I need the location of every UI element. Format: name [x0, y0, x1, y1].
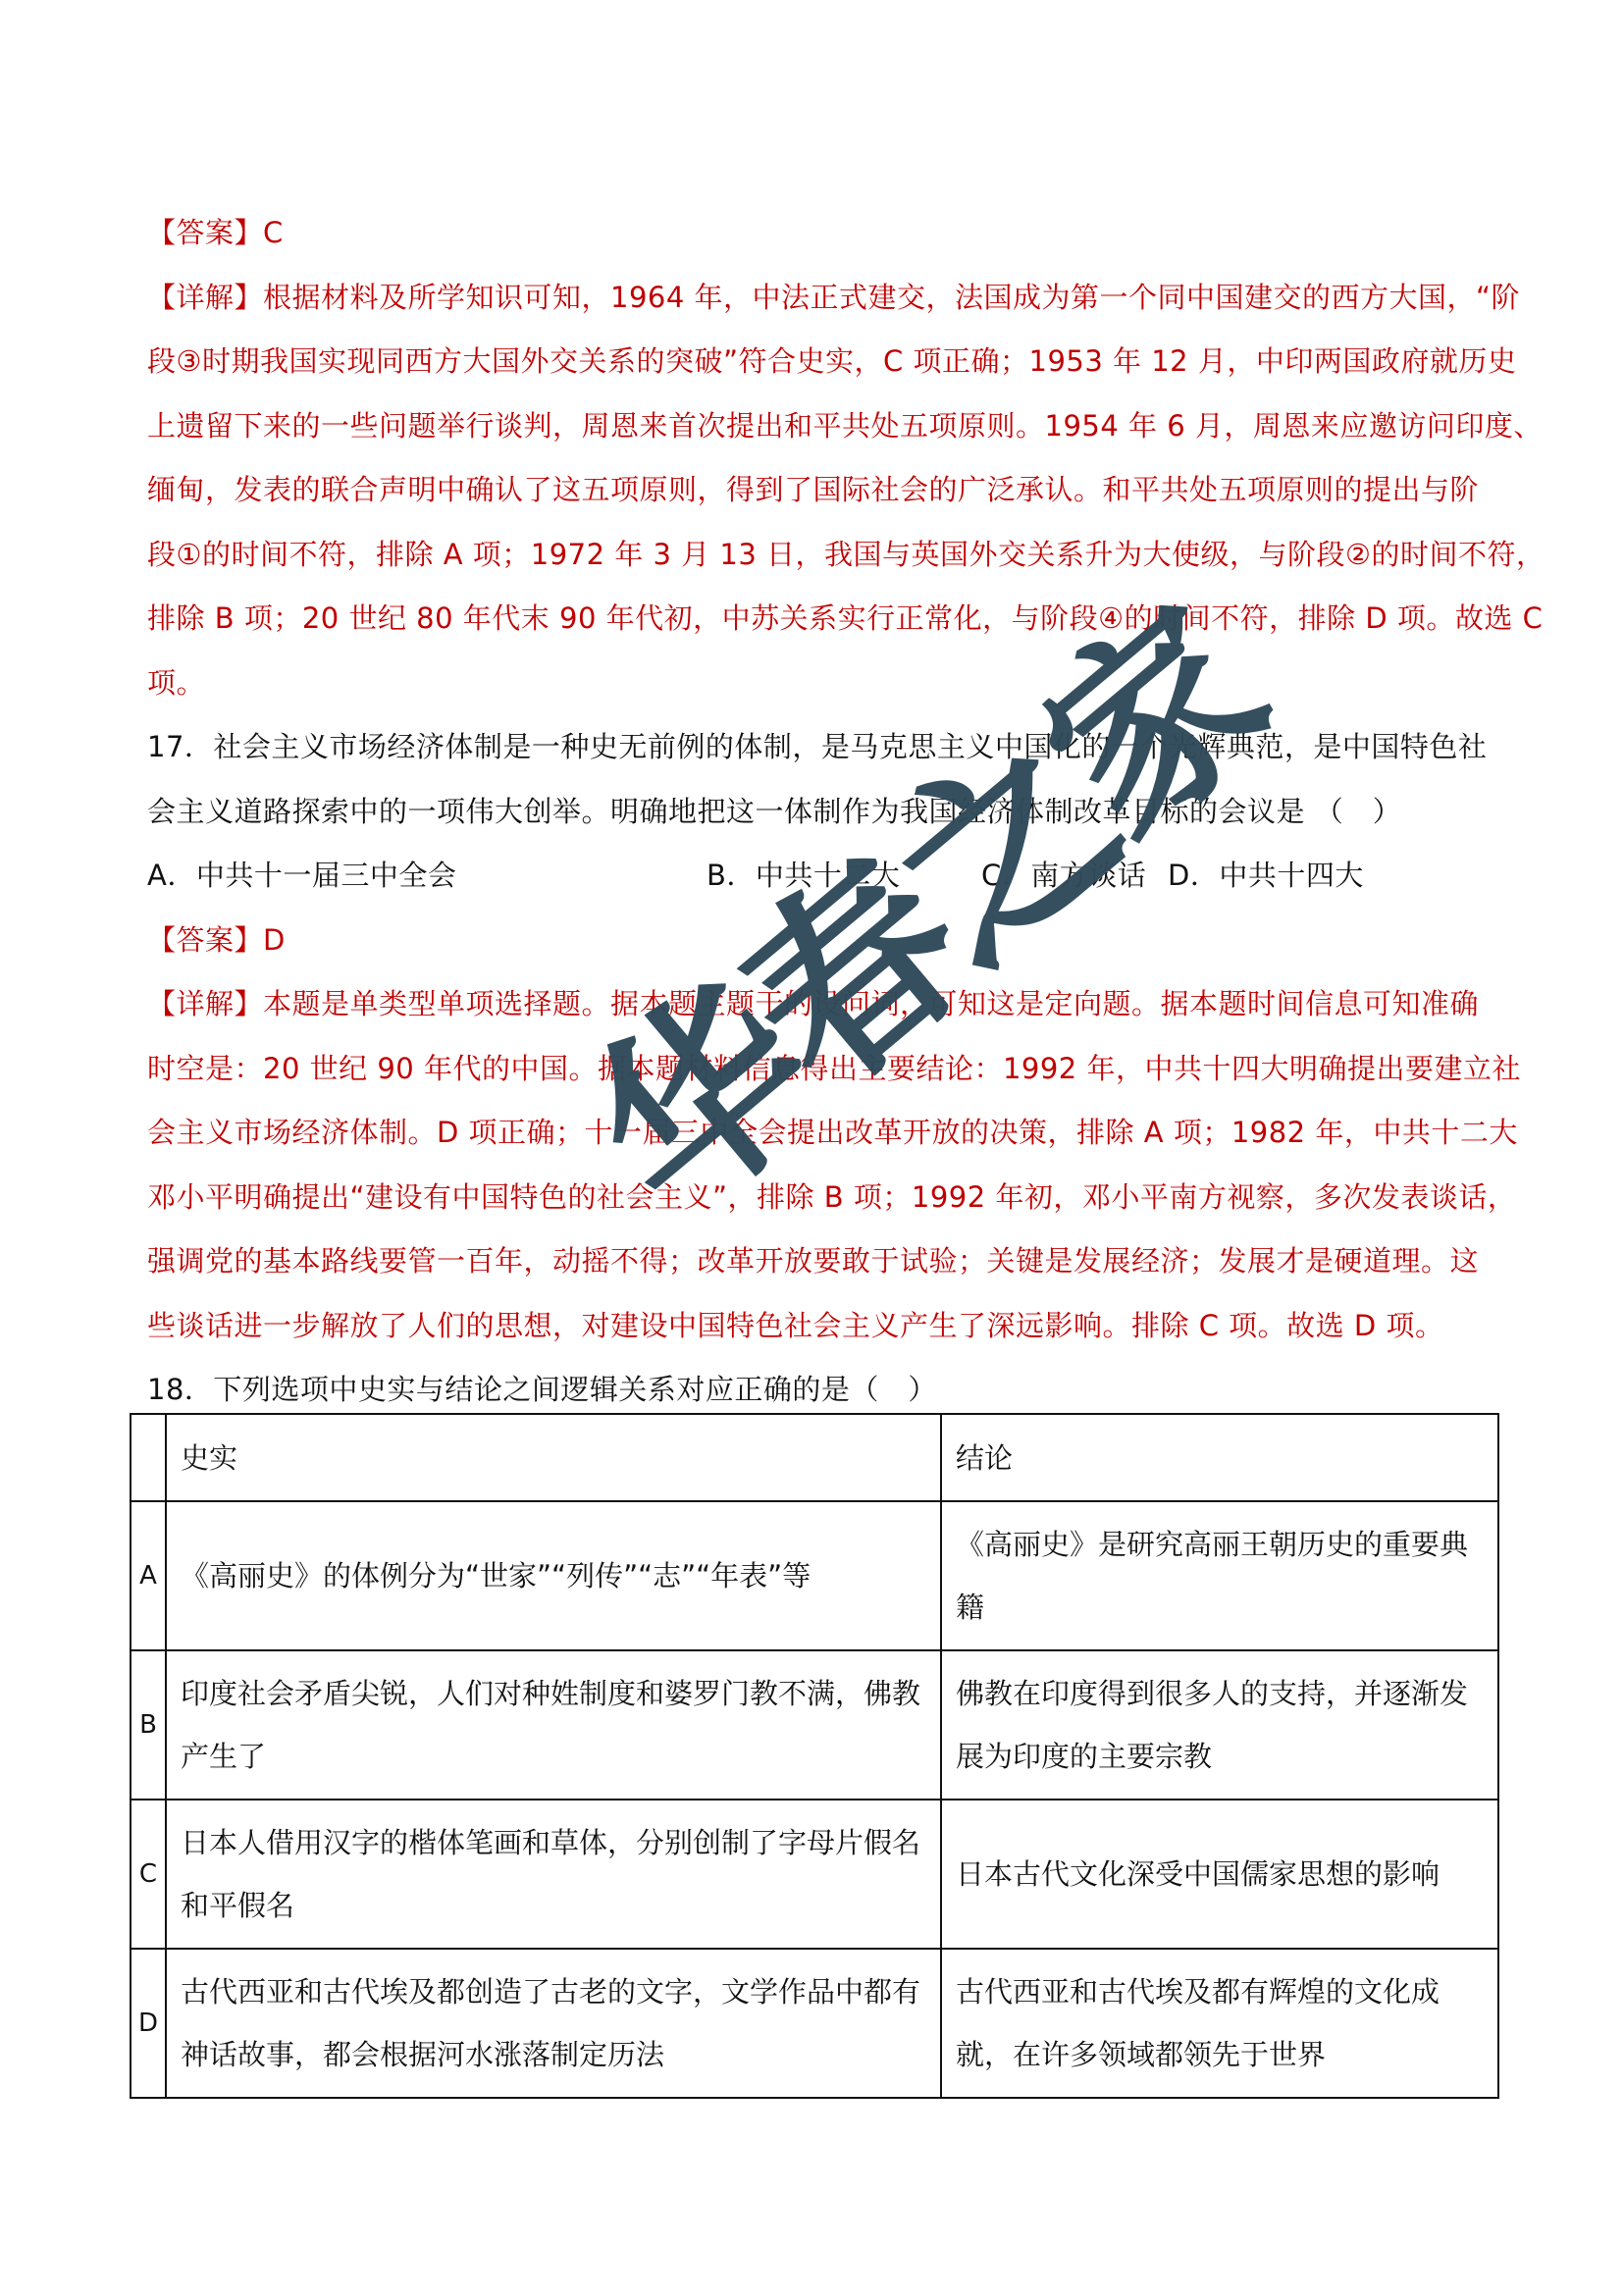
- explanation-line: 些谈话进一步解放了人们的思想，对建设中国特色社会主义产生了深远影响。排除 C 项…: [147, 1294, 1482, 1359]
- explanation-line: 项。: [147, 652, 1482, 716]
- row-conclusion: 日本古代文化深受中国儒家思想的影响: [941, 1800, 1498, 1949]
- header-conclusion: 结论: [941, 1414, 1498, 1501]
- explanation-line: 缅甸，发表的联合声明中确认了这五项原则，得到了国际社会的广泛承认。和平共处五项原…: [147, 458, 1482, 523]
- row-fact: 《高丽史》的体例分为“世家”“列传”“志”“年表”等: [166, 1501, 941, 1650]
- explanation-line: 上遗留下来的一些问题举行谈判，周恩来首次提出和平共处五项原则。1954 年 6 …: [147, 394, 1482, 459]
- table-row: A 《高丽史》的体例分为“世家”“列传”“志”“年表”等 《高丽史》是研究高丽王…: [131, 1501, 1498, 1650]
- explanation-line: 【详解】本题是单类型单项选择题。据本题主题干的设问词，可知这是定向题。据本题时间…: [147, 972, 1482, 1037]
- q17-options: A．中共十一届三中全会 B．中共十二大 C．南方谈话 D．中共十四大: [147, 844, 1482, 909]
- option-d: D．中共十四大: [1168, 844, 1364, 909]
- q18-table: 史实 结论 A 《高丽史》的体例分为“世家”“列传”“志”“年表”等 《高丽史》…: [130, 1413, 1499, 2099]
- row-key: C: [131, 1800, 166, 1949]
- option-a: A．中共十一届三中全会: [147, 844, 707, 909]
- table-row: D 古代西亚和古代埃及都创造了古老的文字，文学作品中都有神话故事，都会根据河水涨…: [131, 1949, 1498, 2098]
- q17-stem: 17．社会主义市场经济体制是一种史无前例的体制，是马克思主义中国化的一个光辉典范…: [147, 715, 1482, 844]
- explanation-line: 段①的时间不符，排除 A 项；1972 年 3 月 13 日，我国与英国外交关系…: [147, 523, 1482, 588]
- row-key: A: [131, 1501, 166, 1650]
- q16-answer: 【答案】C: [147, 201, 1482, 266]
- table-header-row: 史实 结论: [131, 1414, 1498, 1501]
- header-key: [131, 1414, 166, 1501]
- q16-explanation: 【详解】根据材料及所学知识可知，1964 年，中法正式建交，法国成为第一个同中国…: [147, 266, 1482, 716]
- row-key: D: [131, 1949, 166, 2098]
- row-fact: 古代西亚和古代埃及都创造了古老的文字，文学作品中都有神话故事，都会根据河水涨落制…: [166, 1949, 941, 2098]
- header-fact: 史实: [166, 1414, 941, 1501]
- row-fact: 印度社会矛盾尖锐，人们对种姓制度和婆罗门教不满，佛教产生了: [166, 1650, 941, 1800]
- document-page: 【答案】C 【详解】根据材料及所学知识可知，1964 年，中法正式建交，法国成为…: [147, 201, 1482, 1423]
- question-line: 会主义道路探索中的一项伟大创举。明确地把这一体制作为我国经济体制改革目标的会议是…: [147, 780, 1482, 845]
- row-fact: 日本人借用汉字的楷体笔画和草体，分别创制了字母片假名和平假名: [166, 1800, 941, 1949]
- option-c: C．南方谈话: [981, 844, 1168, 909]
- row-conclusion: 佛教在印度得到很多人的支持，并逐渐发展为印度的主要宗教: [941, 1650, 1498, 1800]
- explanation-line: 邓小平明确提出“建设有中国特色的社会主义”，排除 B 项；1992 年初，邓小平…: [147, 1166, 1482, 1230]
- row-key: B: [131, 1650, 166, 1800]
- q17-explanation: 【详解】本题是单类型单项选择题。据本题主题干的设问词，可知这是定向题。据本题时间…: [147, 972, 1482, 1358]
- option-b: B．中共十二大: [707, 844, 981, 909]
- question-line: 17．社会主义市场经济体制是一种史无前例的体制，是马克思主义中国化的一个光辉典范…: [147, 715, 1482, 780]
- explanation-line: 段③时期我国实现同西方大国外交关系的突破”符合史实，C 项正确；1953 年 1…: [147, 330, 1482, 394]
- table-row: B 印度社会矛盾尖锐，人们对种姓制度和婆罗门教不满，佛教产生了 佛教在印度得到很…: [131, 1650, 1498, 1800]
- explanation-line: 强调党的基本路线要管一百年，动摇不得；改革开放要敢于试验；关键是发展经济；发展才…: [147, 1229, 1482, 1294]
- explanation-line: 【详解】根据材料及所学知识可知，1964 年，中法正式建交，法国成为第一个同中国…: [147, 266, 1482, 331]
- table-row: C 日本人借用汉字的楷体笔画和草体，分别创制了字母片假名和平假名 日本古代文化深…: [131, 1800, 1498, 1949]
- explanation-line: 会主义市场经济体制。D 项正确；十一届三中全会提出改革开放的决策，排除 A 项；…: [147, 1101, 1482, 1166]
- row-conclusion: 《高丽史》是研究高丽王朝历史的重要典籍: [941, 1501, 1498, 1650]
- row-conclusion: 古代西亚和古代埃及都有辉煌的文化成就，在许多领域都领先于世界: [941, 1949, 1498, 2098]
- explanation-line: 时空是：20 世纪 90 年代的中国。据本题材料信息得出主要结论：1992 年，…: [147, 1037, 1482, 1102]
- q17-answer: 【答案】D: [147, 909, 1482, 973]
- explanation-line: 排除 B 项；20 世纪 80 年代末 90 年代初，中苏关系实行正常化，与阶段…: [147, 587, 1482, 652]
